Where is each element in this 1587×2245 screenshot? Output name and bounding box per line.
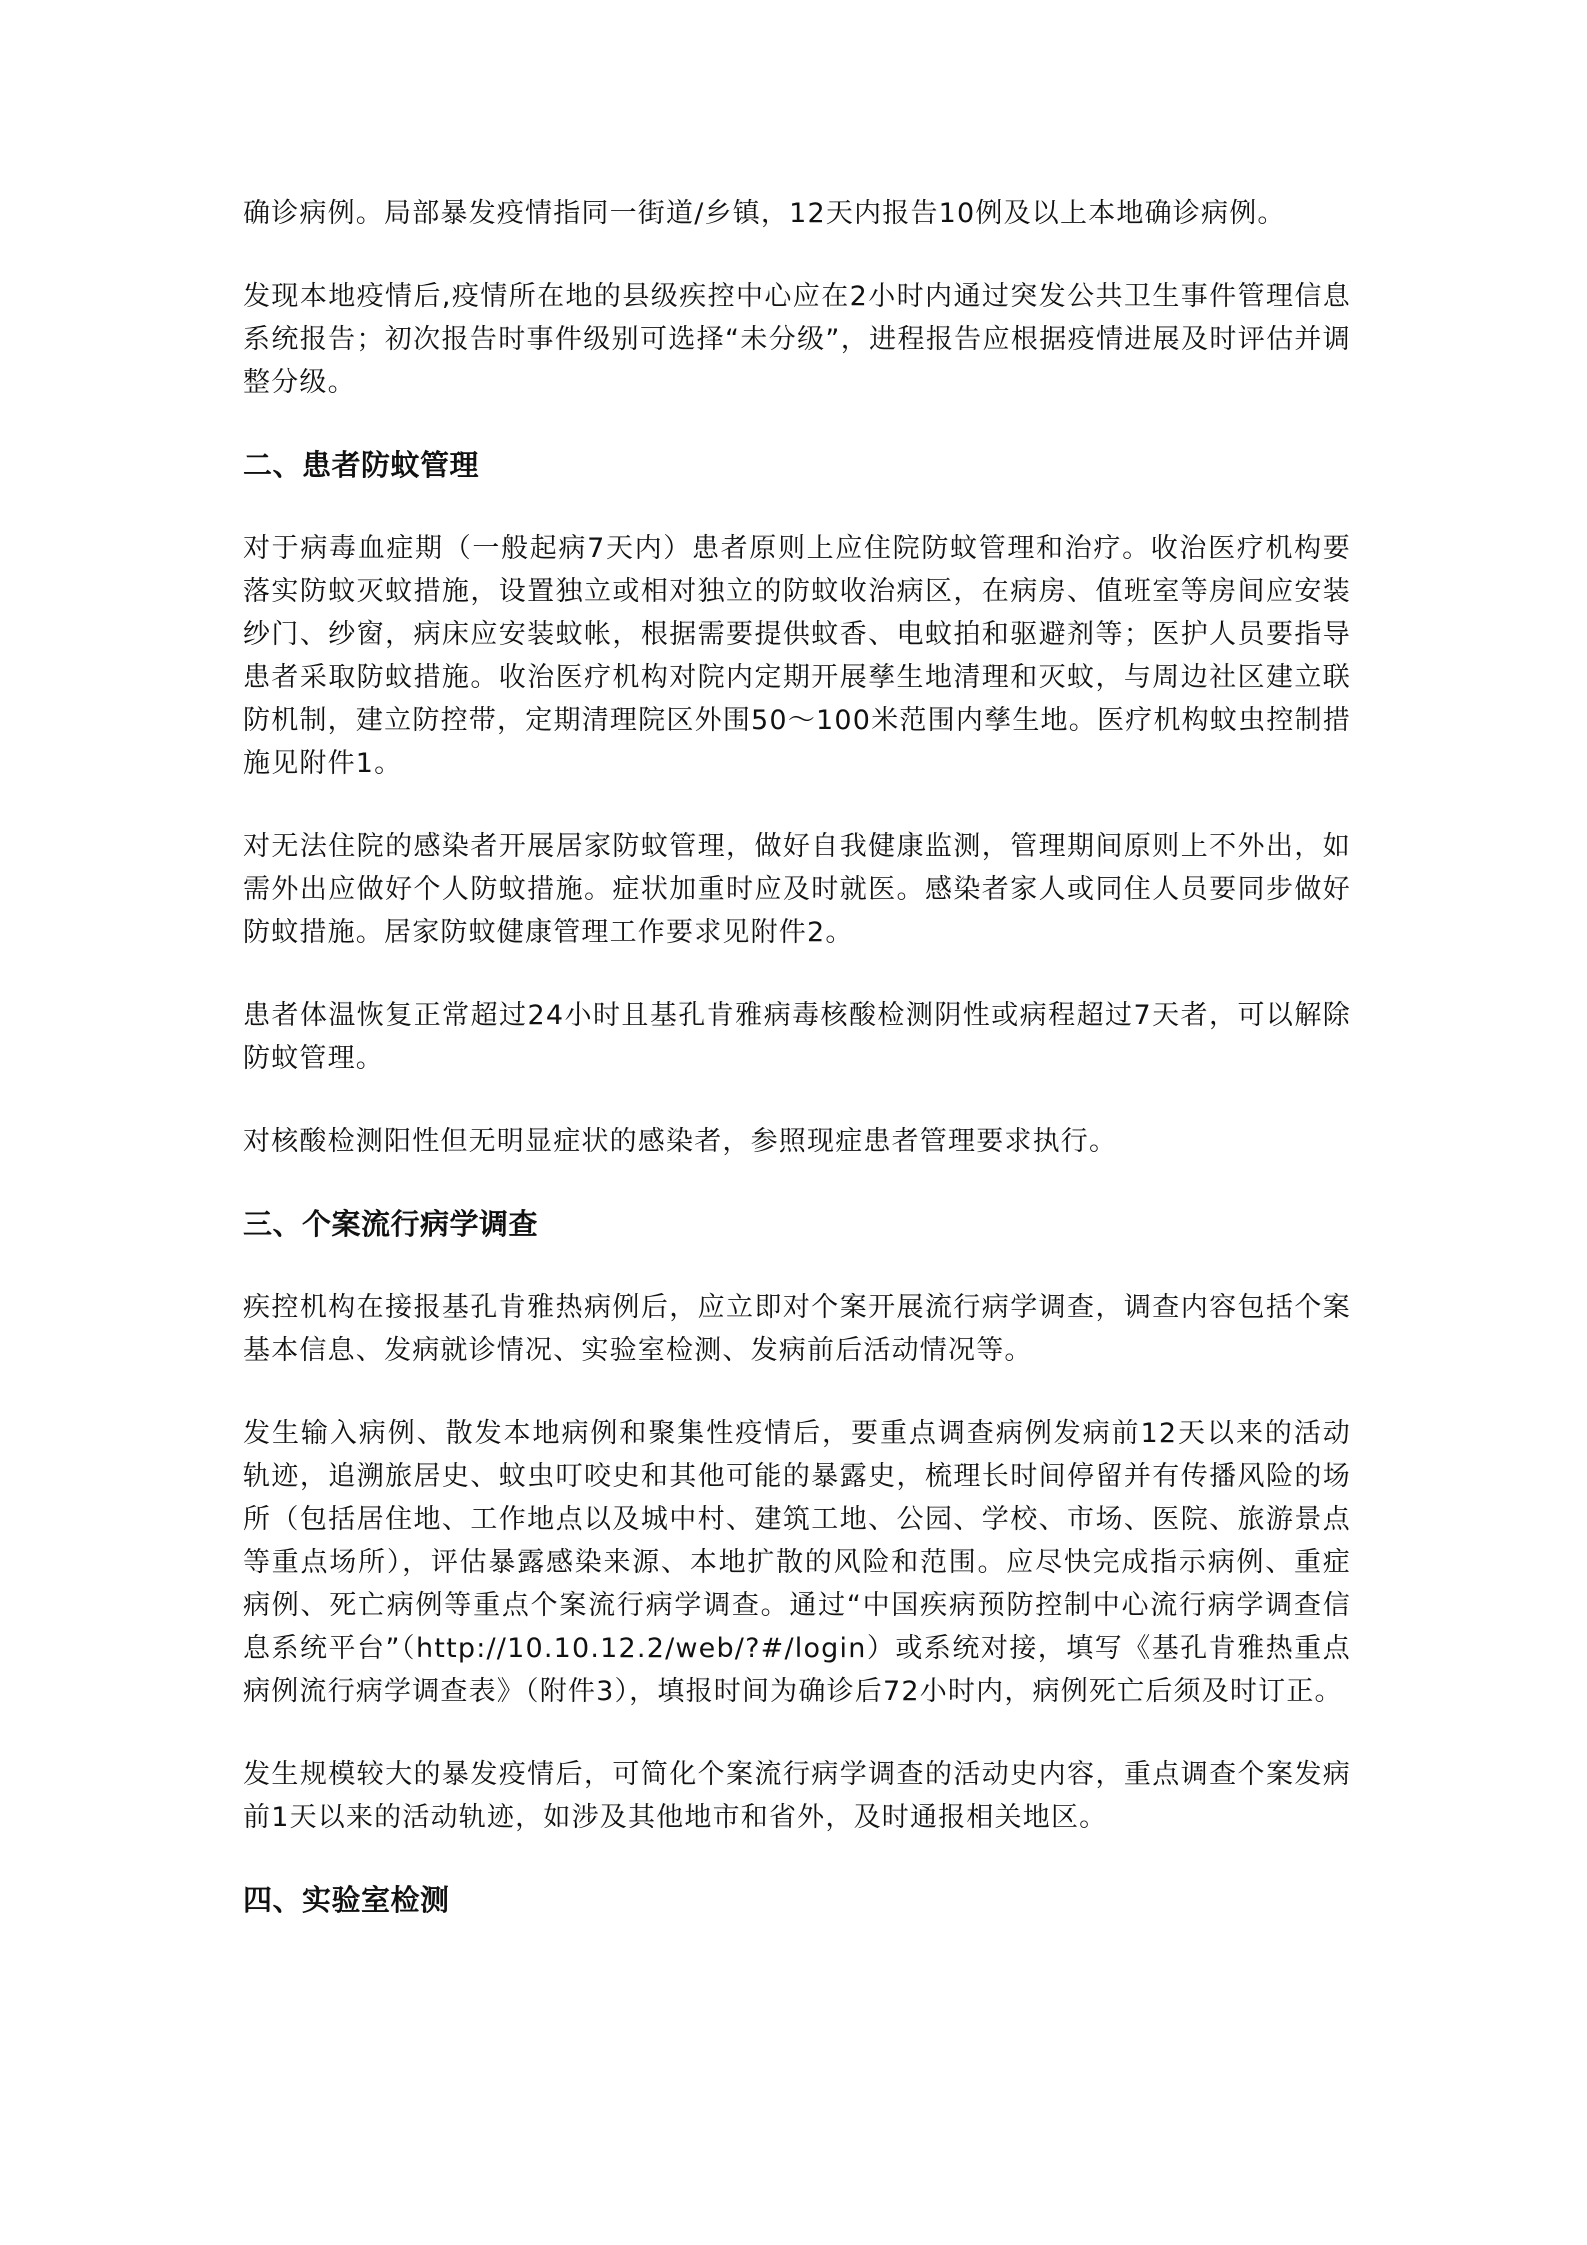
paragraph-outbreak-reporting: 发现本地疫情后,疫情所在地的县级疾控中心应在2小时内通过突发公共卫生事件管理信息… xyxy=(243,275,1351,404)
paragraph-release-criteria: 患者体温恢复正常超过24小时且基孔肯雅病毒核酸检测阴性或病程超过7天者，可以解除… xyxy=(243,994,1351,1080)
paragraph-local-outbreak-definition: 确诊病例。局部暴发疫情指同一街道/乡镇，12天内报告10例及以上本地确诊病例。 xyxy=(243,192,1351,235)
paragraph-simplified-investigation: 发生规模较大的暴发疫情后，可简化个案流行病学调查的活动史内容，重点调查个案发病前… xyxy=(243,1753,1351,1839)
section-heading-case-epidemiological-investigation: 三、个案流行病学调查 xyxy=(243,1203,1351,1246)
paragraph-inpatient-management: 对于病毒血症期（一般起病7天内）患者原则上应住院防蚊管理和治疗。收治医疗机构要落… xyxy=(243,527,1351,785)
section-heading-laboratory-testing: 四、实验室检测 xyxy=(243,1879,1351,1922)
paragraph-key-case-investigation: 发生输入病例、散发本地病例和聚集性疫情后，要重点调查病例发病前12天以来的活动轨… xyxy=(243,1412,1351,1713)
paragraph-investigation-content: 疾控机构在接报基孔肯雅热病例后，应立即对个案开展流行病学调查，调查内容包括个案基… xyxy=(243,1286,1351,1372)
section-heading-patient-mosquito-management: 二、患者防蚊管理 xyxy=(243,444,1351,487)
paragraph-home-management: 对无法住院的感染者开展居家防蚊管理，做好自我健康监测，管理期间原则上不外出，如需… xyxy=(243,825,1351,954)
paragraph-asymptomatic-management: 对核酸检测阳性但无明显症状的感染者，参照现症患者管理要求执行。 xyxy=(243,1120,1351,1163)
document-page: 确诊病例。局部暴发疫情指同一街道/乡镇，12天内报告10例及以上本地确诊病例。 … xyxy=(243,192,1351,1962)
